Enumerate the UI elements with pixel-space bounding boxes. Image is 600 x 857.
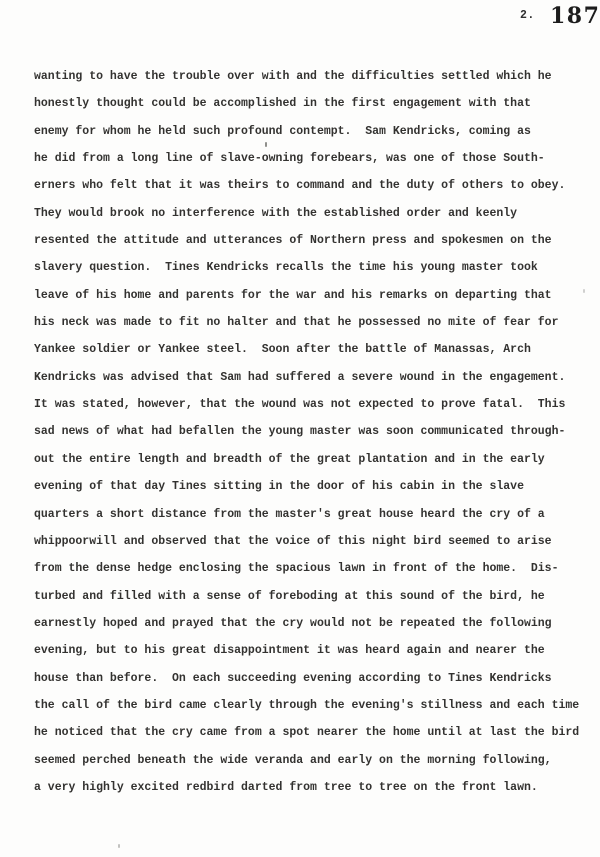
ink-speck [118, 844, 120, 848]
text-line: evening of that day Tines sitting in the… [34, 473, 594, 500]
text-line: Yankee soldier or Yankee steel. Soon aft… [34, 336, 594, 363]
text-line: resented the attitude and utterances of … [34, 227, 594, 254]
ink-speck [583, 289, 585, 293]
text-line: erners who felt that it was theirs to co… [34, 172, 594, 199]
typescript-page: 2. 187 wanting to have the trouble over … [0, 0, 600, 857]
text-line: leave of his home and parents for the wa… [34, 282, 594, 309]
text-line: he did from a long line of slave-owning … [34, 145, 594, 172]
text-line: enemy for whom he held such profound con… [34, 118, 594, 145]
text-line: house than before. On each succeeding ev… [34, 665, 594, 692]
ink-speck [265, 142, 267, 147]
text-line: from the dense hedge enclosing the spaci… [34, 555, 594, 582]
text-line: whippoorwill and observed that the voice… [34, 528, 594, 555]
page-number-typed: 2. [520, 9, 535, 22]
text-line: slavery question. Tines Kendricks recall… [34, 254, 594, 281]
text-line: out the entire length and breadth of the… [34, 446, 594, 473]
text-line: honestly thought could be accomplished i… [34, 90, 594, 117]
text-line: wanting to have the trouble over with an… [34, 63, 594, 90]
text-line: seemed perched beneath the wide veranda … [34, 747, 594, 774]
text-line: he noticed that the cry came from a spot… [34, 719, 594, 746]
text-line: sad news of what had befallen the young … [34, 418, 594, 445]
text-line: turbed and filled with a sense of forebo… [34, 583, 594, 610]
text-line: evening, but to his great disappointment… [34, 637, 594, 664]
text-line: quarters a short distance from the maste… [34, 501, 594, 528]
text-line: a very highly excited redbird darted fro… [34, 774, 594, 801]
page-number-stamped: 187 [550, 3, 600, 29]
text-line: earnestly hoped and prayed that the cry … [34, 610, 594, 637]
text-line: the call of the bird came clearly throug… [34, 692, 594, 719]
text-line: Kendricks was advised that Sam had suffe… [34, 364, 594, 391]
typed-text-body: wanting to have the trouble over with an… [34, 63, 594, 801]
text-line: They would brook no interference with th… [34, 200, 594, 227]
text-line: It was stated, however, that the wound w… [34, 391, 594, 418]
text-line: his neck was made to fit no halter and t… [34, 309, 594, 336]
